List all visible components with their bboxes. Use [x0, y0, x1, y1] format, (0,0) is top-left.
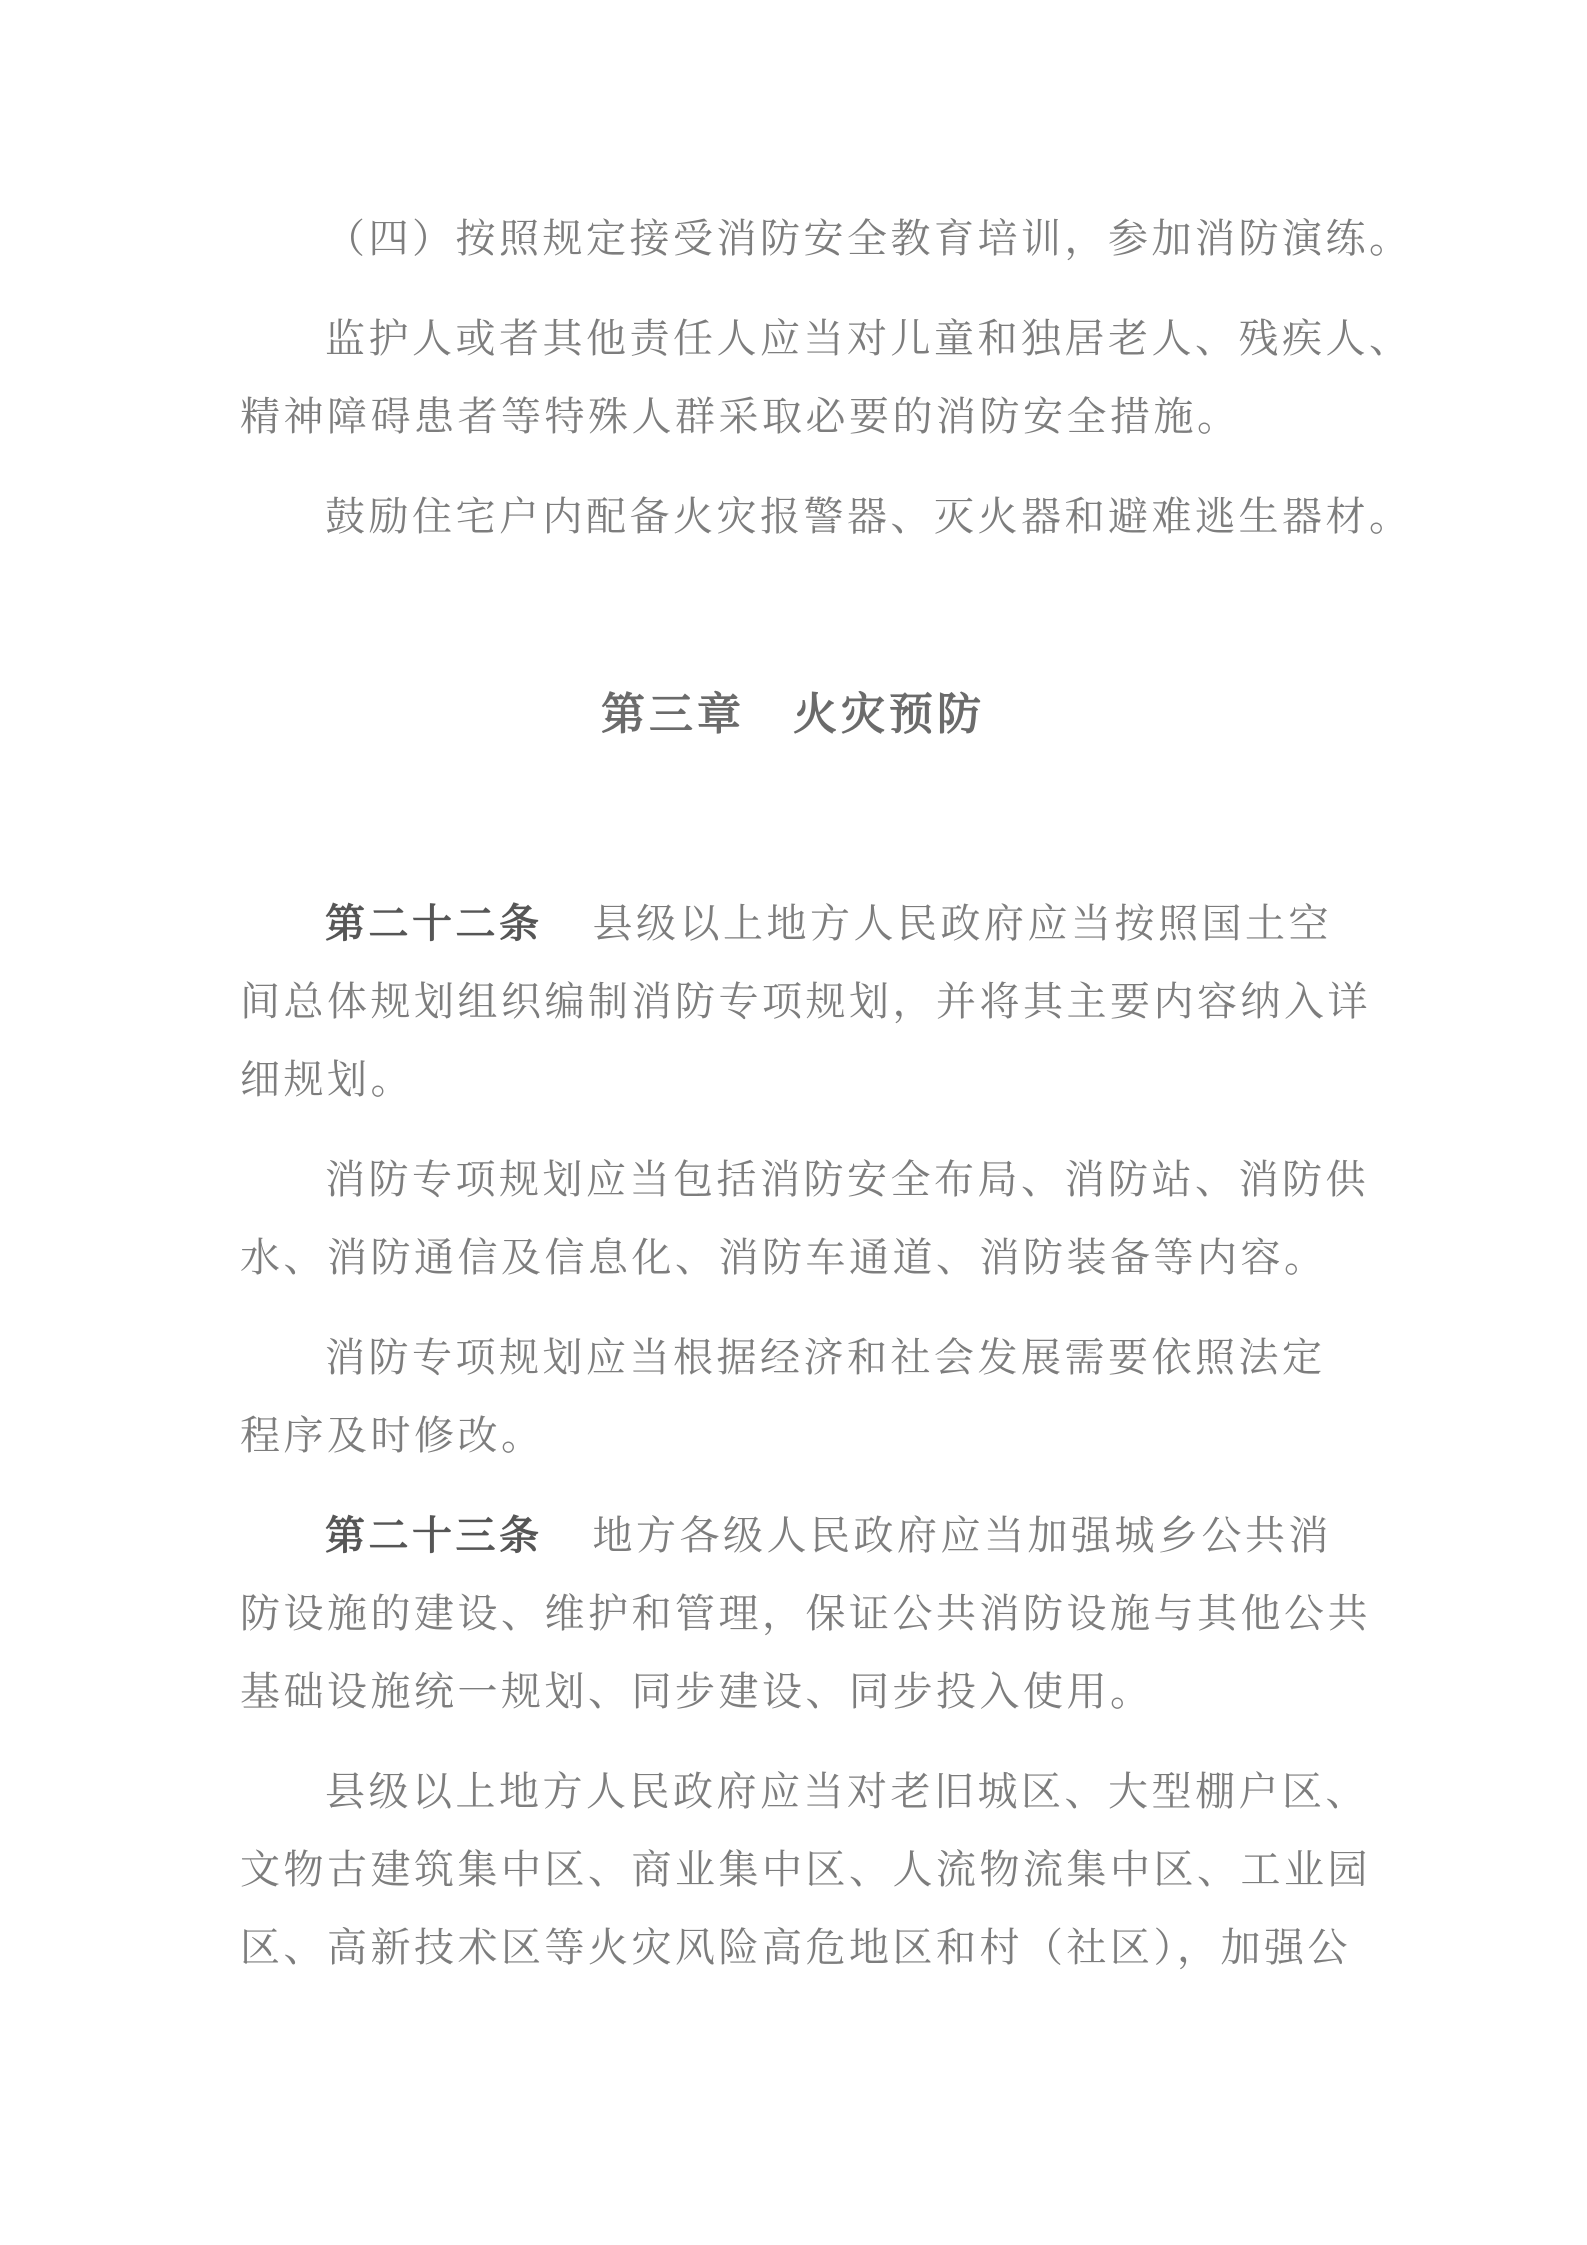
line-text: 县级以上地方人民政府应当按照国土空: [593, 901, 1333, 946]
body-line: 基础设施统一规划、同步建设、同步投入使用。: [240, 1653, 1346, 1731]
body-line: 细规划。: [240, 1041, 1346, 1119]
paragraph: 消防专项规划应当根据经济和社会发展需要依照法定 程序及时修改。: [240, 1319, 1346, 1475]
paragraph: 县级以上地方人民政府应当对老旧城区、大型棚户区、 文物古建筑集中区、商业集中区、…: [240, 1753, 1346, 1987]
body-line: 县级以上地方人民政府应当对老旧城区、大型棚户区、: [240, 1753, 1346, 1831]
paragraph: 第二十二条县级以上地方人民政府应当按照国土空 间总体规划组织编制消防专项规划，并…: [240, 885, 1346, 1119]
article-number: 第二十三条: [325, 1514, 543, 1558]
paragraph: 消防专项规划应当包括消防安全布局、消防站、消防供 水、消防通信及信息化、消防车通…: [240, 1141, 1346, 1297]
body-line: 第二十二条县级以上地方人民政府应当按照国土空: [240, 885, 1346, 963]
body-line: 鼓励住宅户内配备火灾报警器、灭火器和避难逃生器材。: [240, 478, 1346, 556]
document-page: （四）按照规定接受消防安全教育培训，参加消防演练。 监护人或者其他责任人应当对儿…: [0, 0, 1587, 2245]
paragraph: 第二十三条地方各级人民政府应当加强城乡公共消 防设施的建设、维护和管理，保证公共…: [240, 1497, 1346, 1731]
body-line: 水、消防通信及信息化、消防车通道、消防装备等内容。: [240, 1219, 1346, 1297]
body-line: 文物古建筑集中区、商业集中区、人流物流集中区、工业园: [240, 1831, 1346, 1909]
body-line: 消防专项规划应当根据经济和社会发展需要依照法定: [240, 1319, 1346, 1397]
body-line: 区、高新技术区等火灾风险高危地区和村（社区），加强公: [240, 1909, 1346, 1987]
body-line: 防设施的建设、维护和管理，保证公共消防设施与其他公共: [240, 1575, 1346, 1653]
body-line: 程序及时修改。: [240, 1397, 1346, 1475]
body-line: 精神障碍患者等特殊人群采取必要的消防安全措施。: [240, 378, 1346, 456]
article-number: 第二十二条: [325, 902, 543, 946]
body-line: 间总体规划组织编制消防专项规划，并将其主要内容纳入详: [240, 963, 1346, 1041]
paragraph: 鼓励住宅户内配备火灾报警器、灭火器和避难逃生器材。: [240, 478, 1346, 556]
chapter-heading: 第三章 火灾预防: [240, 672, 1346, 758]
paragraph: 监护人或者其他责任人应当对儿童和独居老人、残疾人、 精神障碍患者等特殊人群采取必…: [240, 300, 1346, 456]
body-line: 监护人或者其他责任人应当对儿童和独居老人、残疾人、: [240, 300, 1346, 378]
paragraph: （四）按照规定接受消防安全教育培训，参加消防演练。: [240, 200, 1346, 278]
line-text: 地方各级人民政府应当加强城乡公共消: [593, 1513, 1333, 1558]
body-line: （四）按照规定接受消防安全教育培训，参加消防演练。: [240, 200, 1346, 278]
body-line: 消防专项规划应当包括消防安全布局、消防站、消防供: [240, 1141, 1346, 1219]
body-line: 第二十三条地方各级人民政府应当加强城乡公共消: [240, 1497, 1346, 1575]
